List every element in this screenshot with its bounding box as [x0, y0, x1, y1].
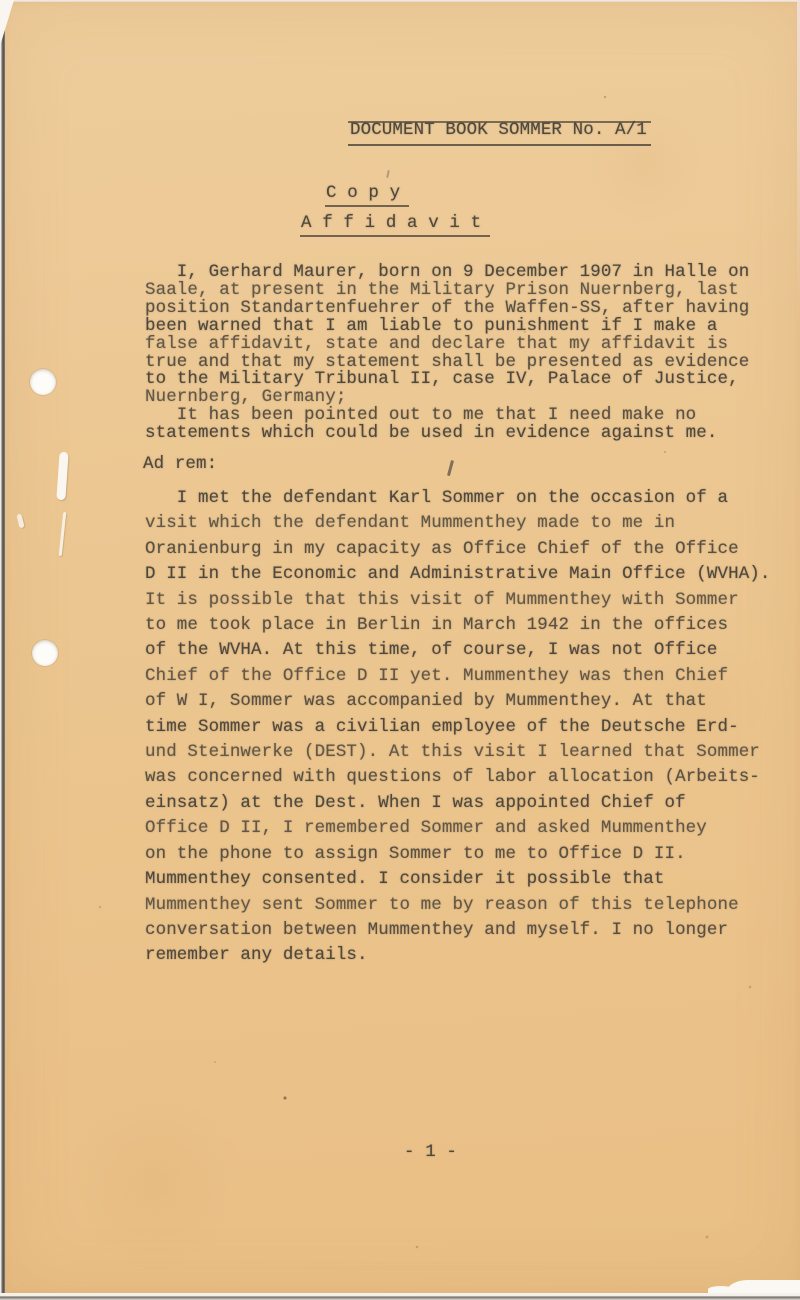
paper-sheet: DOCUMENT BOOK SOMMER No. A/1 C o p y A f… [5, 2, 800, 1293]
intro-paragraph: I, Gerhard Maurer, born on 9 December 19… [145, 264, 749, 443]
typewritten-line: remember any details. [145, 943, 771, 968]
punch-hole-bottom [32, 640, 58, 666]
typewritten-line: Office D II, I remembered Sommer and ask… [145, 816, 771, 841]
paper-tear-mark [59, 512, 67, 556]
torn-corner-notch [708, 1286, 734, 1293]
typewritten-line: on the phone to assign Sommer to me to O… [145, 842, 771, 867]
body-paragraph: I met the defendant Karl Sommer on the o… [145, 486, 771, 969]
page-number: - 1 - [404, 1142, 457, 1162]
typewritten-line: Mummenthey sent Sommer to me by reason o… [145, 893, 771, 918]
scanned-document: DOCUMENT BOOK SOMMER No. A/1 C o p y A f… [0, 0, 800, 1300]
typewritten-line: und Steinwerke (DEST). At this visit I l… [145, 740, 771, 765]
paper-tear-mark [16, 514, 24, 529]
typewritten-line: visit which the defendant Mummenthey mad… [145, 511, 771, 536]
scan-edge-top [0, 0, 800, 2]
typewritten-line: was concerned with questions of labor al… [145, 765, 771, 790]
typewritten-line: Mummenthey consented. I consider it poss… [145, 867, 771, 892]
punch-hole-top [30, 369, 56, 395]
typewritten-line: Oranienburg in my capacity as Office Chi… [145, 537, 771, 562]
copy-heading: C o p y [325, 183, 409, 207]
typewritten-line: false affidavit, state and declare that … [145, 336, 749, 354]
typewritten-line: been warned that I am liable to punishme… [145, 318, 749, 336]
typewritten-line: of W I, Sommer was accompanied by Mummen… [145, 689, 771, 714]
typewritten-line: It has been pointed out to me that I nee… [145, 407, 749, 425]
scan-edge-bottom [0, 1293, 800, 1300]
typewritten-line: position Standartenfuehrer of the Waffen… [145, 300, 749, 318]
ad-rem-label: Ad rem: [143, 454, 217, 474]
typewritten-line: D II in the Economic and Administrative … [145, 562, 771, 587]
typewritten-line: It is possible that this visit of Mummen… [145, 588, 771, 613]
typewritten-line: einsatz) at the Dest. When I was appoint… [145, 791, 771, 816]
typewritten-line: time Sommer was a civilian employee of t… [145, 715, 771, 740]
paper-tear-mark [56, 452, 68, 501]
stray-pen-mark [447, 460, 454, 476]
affidavit-heading: A f f i d a v i t [300, 213, 490, 237]
typewritten-line: to me took place in Berlin in March 1942… [145, 613, 771, 638]
stray-pen-mark [386, 170, 390, 178]
scan-edge-left [0, 0, 5, 1300]
typewritten-line: of the WVHA. At this time, of course, I … [145, 638, 771, 663]
torn-corner-notch [726, 1280, 800, 1293]
typewritten-line: Chief of the Office D II yet. Mummenthey… [145, 664, 771, 689]
typewritten-line: statements which could be used in eviden… [145, 425, 749, 443]
typewritten-line: conversation between Mummenthey and myse… [145, 918, 771, 943]
typewritten-line: true and that my statement shall be pres… [145, 354, 749, 372]
typewritten-line: I met the defendant Karl Sommer on the o… [145, 486, 771, 511]
document-header: DOCUMENT BOOK SOMMER No. A/1 [348, 118, 651, 146]
